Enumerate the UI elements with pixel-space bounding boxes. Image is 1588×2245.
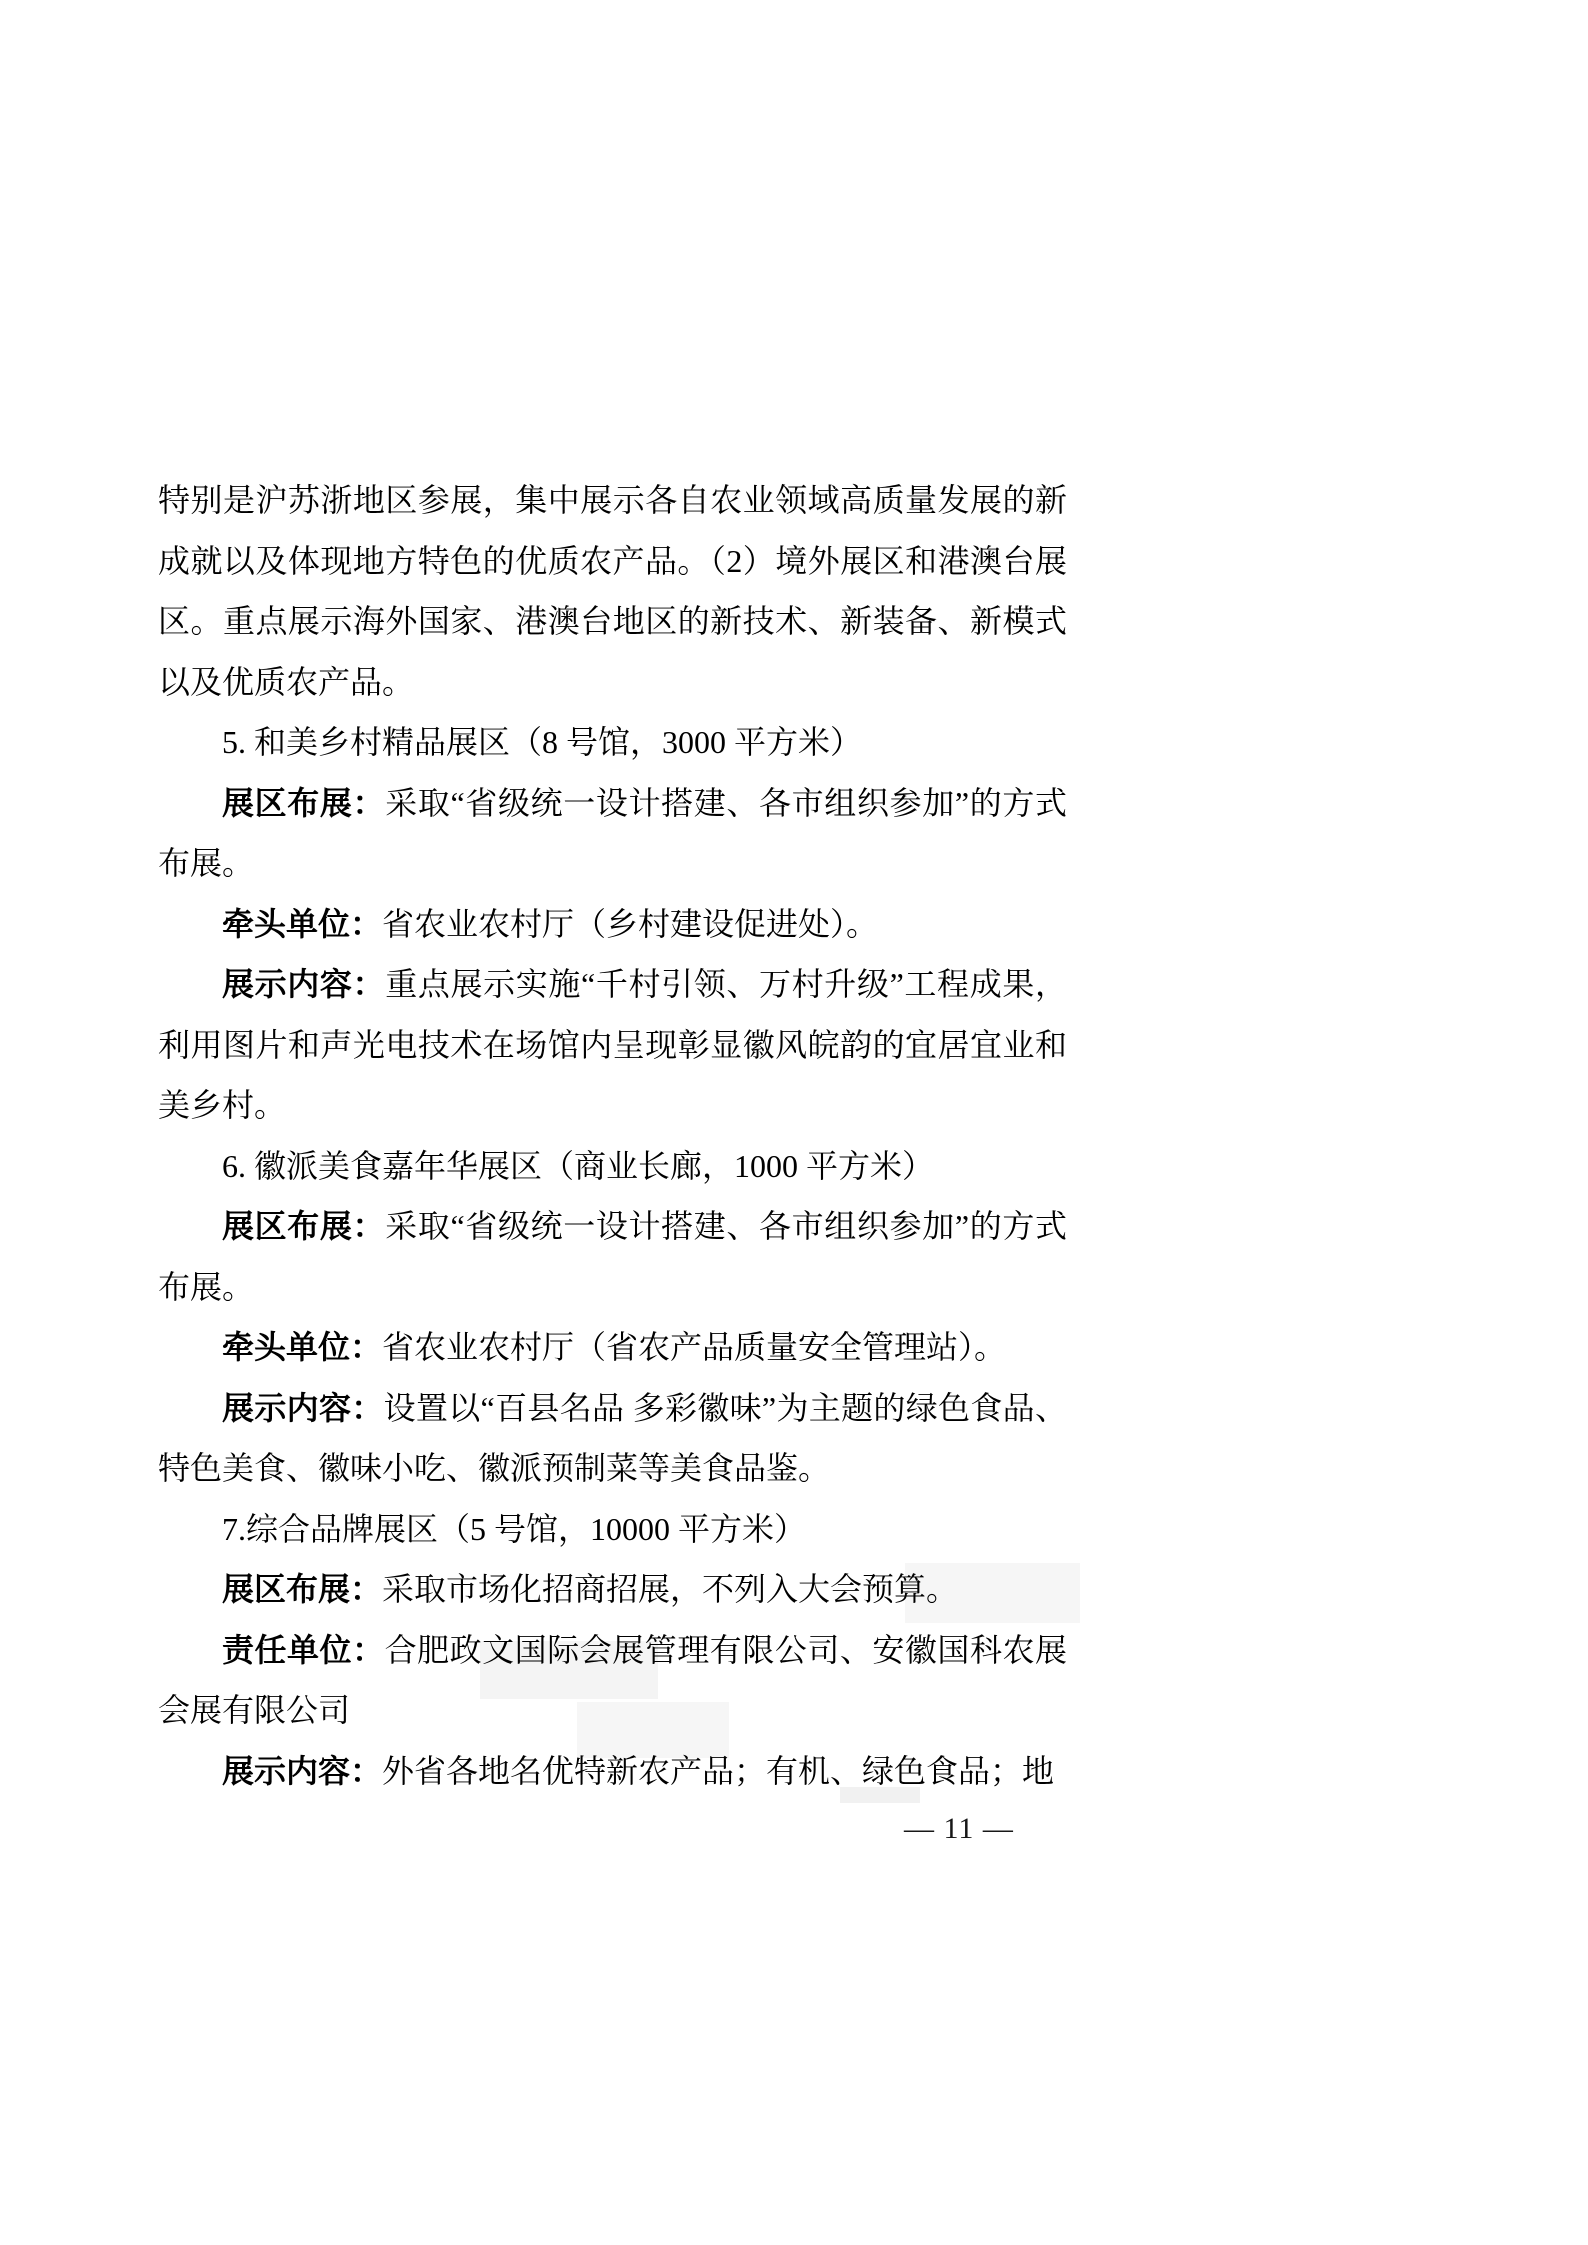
- heading-zone-5: 5. 和美乡村精品展区（8 号馆，3000 平方米）: [158, 712, 1067, 773]
- paragraph-continuation: 特别是沪苏浙地区参展，集中展示各自农业领域高质量发展的新成就以及体现地方特色的优…: [158, 470, 1067, 712]
- zone5-content: 展示内容：重点展示实施“千村引领、万村升级”工程成果，利用图片和声光电技术在场馆…: [158, 954, 1067, 1136]
- field-label-content: 展示内容：: [222, 1753, 382, 1789]
- field-value-lead-unit: 省农业农村厅（省农产品质量安全管理站）。: [382, 1329, 1006, 1365]
- field-value-lead-unit: 省农业农村厅（乡村建设促进处）。: [382, 906, 878, 942]
- zone6-content: 展示内容：设置以“百县名品 多彩徽味”为主题的绿色食品、特色美食、徽味小吃、徽派…: [158, 1378, 1067, 1499]
- heading-zone-7: 7.综合品牌展区（5 号馆，10000 平方米）: [158, 1499, 1067, 1560]
- field-value-layout: 采取市场化招商招展，不列入大会预算。: [382, 1571, 958, 1607]
- zone7-layout: 展区布展：采取市场化招商招展，不列入大会预算。: [158, 1559, 1067, 1620]
- field-label-layout: 展区布展：: [222, 1208, 385, 1244]
- field-label-lead-unit: 牵头单位：: [222, 906, 382, 942]
- heading-zone-6: 6. 徽派美食嘉年华展区（商业长廊，1000 平方米）: [158, 1136, 1067, 1197]
- field-value-content: 外省各地名优特新农产品；有机、绿色食品；地: [382, 1753, 1054, 1789]
- field-label-content: 展示内容：: [222, 966, 385, 1002]
- field-label-lead-unit: 牵头单位：: [222, 1329, 382, 1365]
- zone7-responsible-unit: 责任单位：合肥政文国际会展管理有限公司、安徽国科农展会展有限公司: [158, 1620, 1067, 1741]
- zone6-layout: 展区布展：采取“省级统一设计搭建、各市组织参加”的方式布展。: [158, 1196, 1067, 1317]
- zone7-content: 展示内容：外省各地名优特新农产品；有机、绿色食品；地: [158, 1741, 1067, 1802]
- page-number: — 11 —: [893, 1806, 1025, 1852]
- document-body: 特别是沪苏浙地区参展，集中展示各自农业领域高质量发展的新成就以及体现地方特色的优…: [158, 470, 1067, 1801]
- field-label-responsible-unit: 责任单位：: [222, 1632, 385, 1668]
- field-label-layout: 展区布展：: [222, 1571, 382, 1607]
- document-page: 特别是沪苏浙地区参展，集中展示各自农业领域高质量发展的新成就以及体现地方特色的优…: [0, 0, 1588, 2245]
- zone6-lead-unit: 牵头单位：省农业农村厅（省农产品质量安全管理站）。: [158, 1317, 1067, 1378]
- field-label-layout: 展区布展：: [222, 785, 385, 821]
- zone5-layout: 展区布展：采取“省级统一设计搭建、各市组织参加”的方式布展。: [158, 773, 1067, 894]
- zone5-lead-unit: 牵头单位：省农业农村厅（乡村建设促进处）。: [158, 894, 1067, 955]
- field-label-content: 展示内容：: [222, 1390, 384, 1426]
